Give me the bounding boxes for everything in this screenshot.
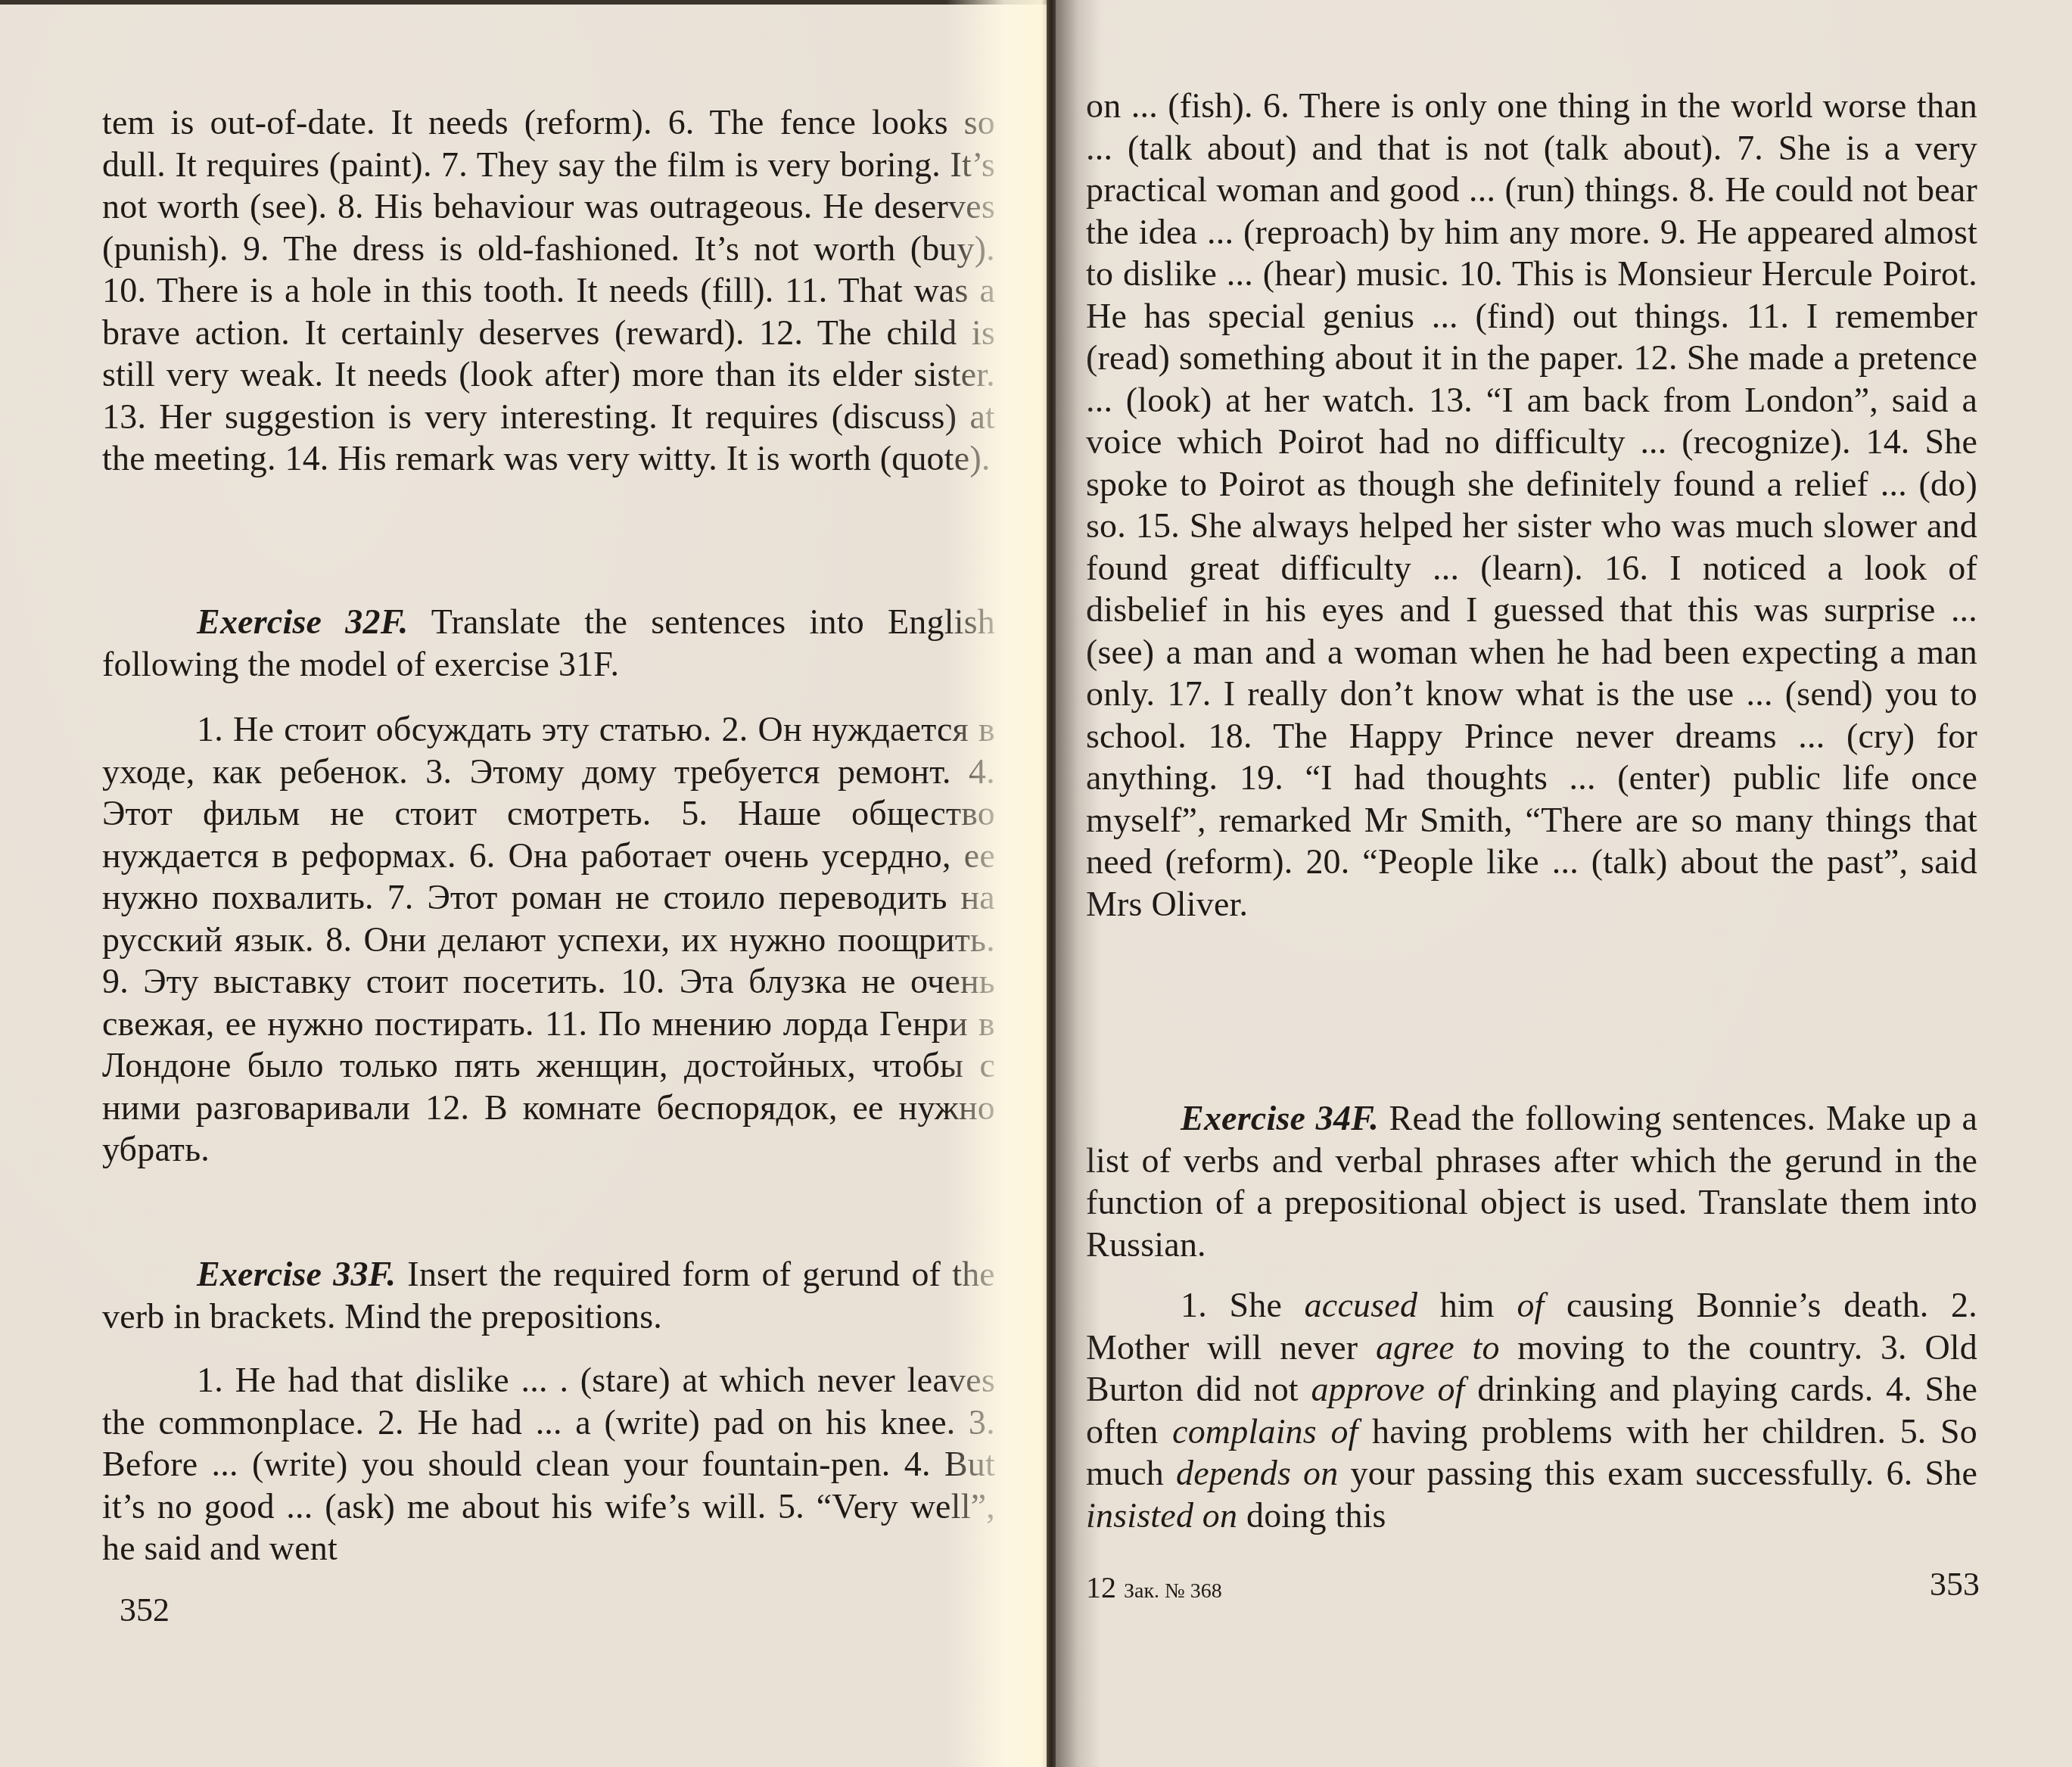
verb-highlight: depends on (1176, 1454, 1339, 1492)
continuation-text: tem is out-of-date. It needs (reform). 6… (102, 101, 995, 480)
verb-highlight: agree to (1376, 1328, 1500, 1367)
exercise-34f-title: Exercise 34F. (1181, 1099, 1379, 1137)
verb-highlight: accused (1305, 1286, 1418, 1324)
gutter-highlight (946, 0, 1052, 1767)
exercise-33f-continuation: on ... (fish). 6. There is only one thin… (1086, 85, 1977, 925)
exercise-34f-header: Exercise 34F. Read the following sentenc… (1086, 1097, 1977, 1265)
book-spine (1047, 0, 1056, 1767)
verb-highlight: complains of (1172, 1412, 1358, 1451)
exercise-32f-items: 1. Не стоит обсуждать эту статью. 2. Он … (102, 708, 995, 1171)
page-number-right: 353 (1930, 1568, 1980, 1601)
exercise-33f-header: Exercise 33F. Insert the required form o… (102, 1253, 995, 1337)
exercise-32f-title: Exercise 32F. (197, 602, 408, 641)
exercise-31f-continuation: tem is out-of-date. It needs (reform). 6… (102, 101, 995, 480)
exercise-34f: Exercise 34F. Read the following sentenc… (1086, 1097, 1977, 1265)
book-spread: tem is out-of-date. It needs (reform). 6… (0, 0, 2072, 1767)
page-number-left: 352 (120, 1594, 170, 1627)
exercise-34f-items: 1. She accused him of causing Bonnie’s d… (1086, 1284, 1977, 1536)
exercise-33f-title: Exercise 33F. (197, 1255, 396, 1293)
preposition-highlight: of (1517, 1286, 1544, 1324)
exercise-34f-items-text: 1. She accused him of causing Bonnie’s d… (1086, 1284, 1977, 1536)
right-page: on ... (fish). 6. There is only one thin… (1052, 0, 2072, 1767)
continuation-text: on ... (fish). 6. There is only one thin… (1086, 85, 1977, 925)
left-page: tem is out-of-date. It needs (reform). 6… (0, 0, 1052, 1767)
printer-signature: 12Зак. № 368 (1086, 1573, 1222, 1603)
exercise-32f: Exercise 32F. Translate the sentences in… (102, 601, 995, 685)
spine-shadow (1056, 0, 1101, 1767)
exercise-33f: Exercise 33F. Insert the required form o… (102, 1253, 995, 1337)
exercise-33f-items: 1. He had that dislike ... . (stare) at … (102, 1359, 995, 1569)
exercise-32f-items-text: 1. Не стоит обсуждать эту статью. 2. Он … (102, 708, 995, 1171)
exercise-32f-header: Exercise 32F. Translate the sentences in… (102, 601, 995, 685)
order-number: Зак. № 368 (1124, 1579, 1222, 1603)
item-1: 1. She accused him of causing Bonnie’s d… (1181, 1286, 1951, 1324)
verb-highlight: approve of (1311, 1370, 1464, 1408)
exercise-33f-items-text: 1. He had that dislike ... . (stare) at … (102, 1359, 995, 1569)
verb-highlight: insisted on (1086, 1496, 1237, 1535)
